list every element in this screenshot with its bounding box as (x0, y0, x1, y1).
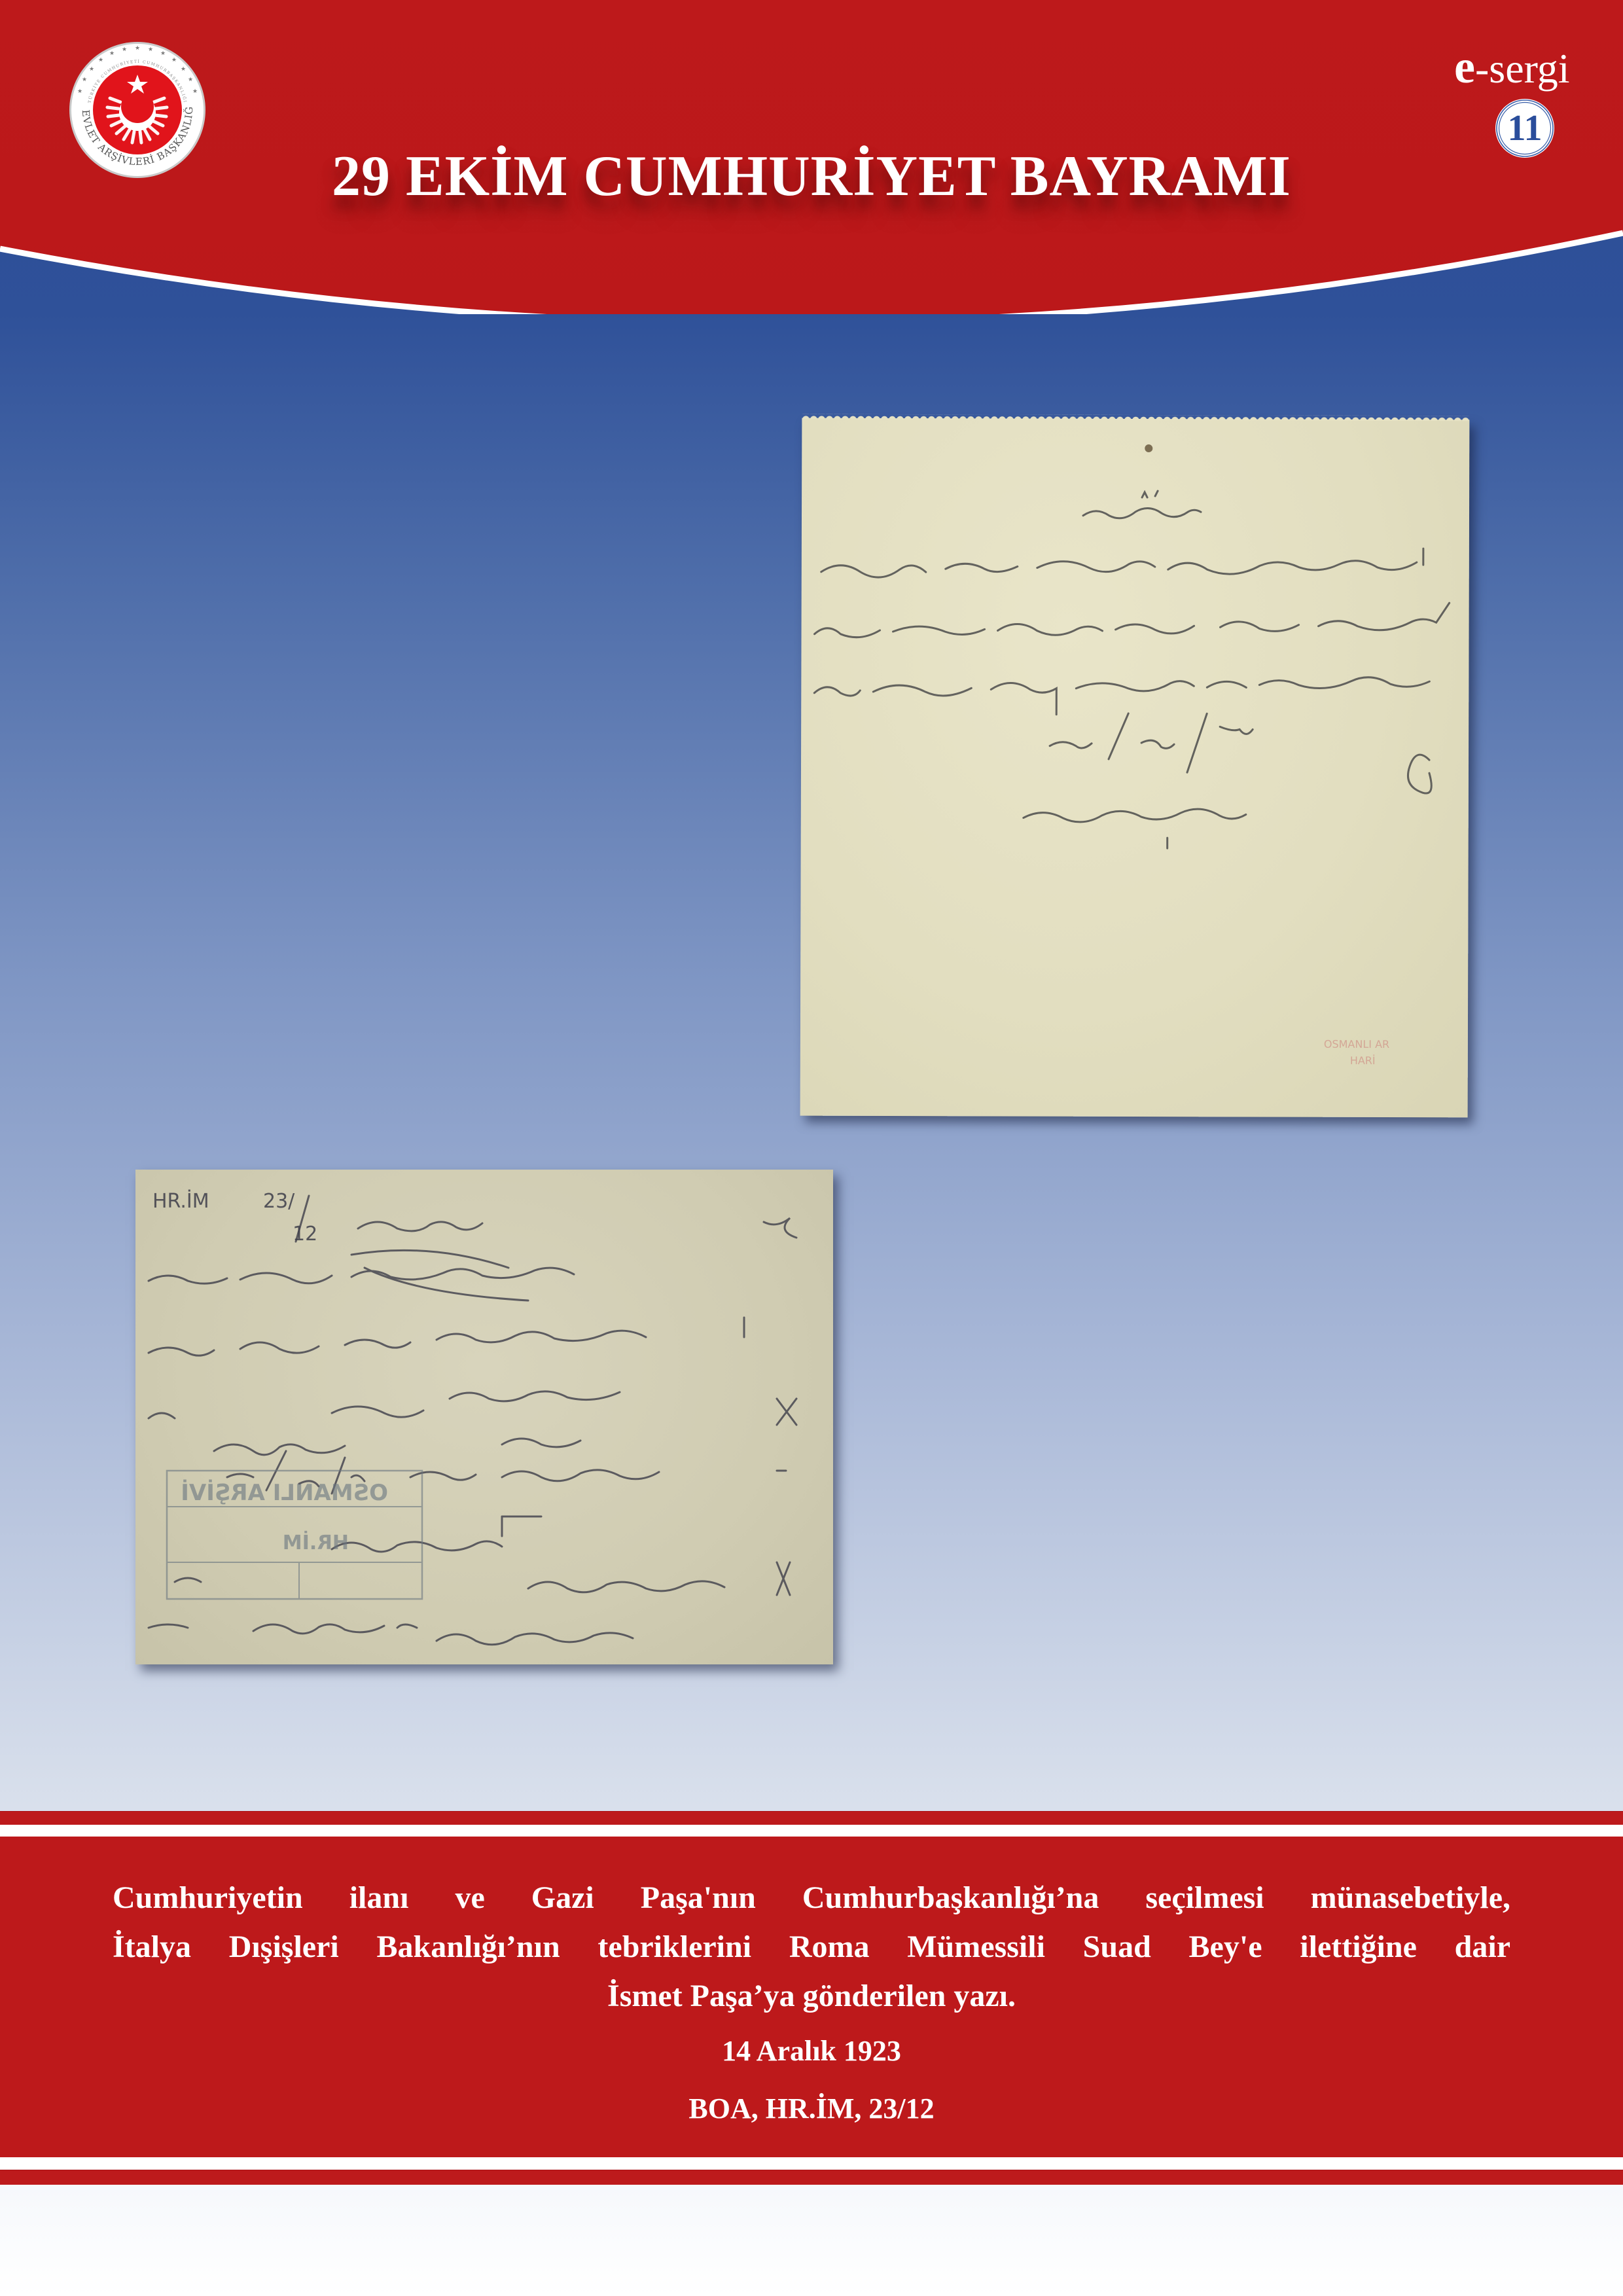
svg-text:HARİ: HARİ (1350, 1054, 1376, 1067)
esergi-label: e-sergi (1454, 43, 1585, 90)
footer-stripe-white-top (0, 1825, 1623, 1837)
svg-text:HR.İM: HR.İM (283, 1531, 349, 1554)
page-bottom-margin (0, 2185, 1623, 2296)
svg-text:23/: 23/ (263, 1190, 295, 1213)
page-title: 29 EKİM CUMHURİYET BAYRAMI (0, 148, 1623, 206)
svg-text:★: ★ (98, 57, 103, 63)
svg-text:★: ★ (192, 88, 198, 95)
caption-line-3: İsmet Paşa’ya gönderilen yazı. (113, 1971, 1510, 2020)
handwriting-ottoman-script-2: HR.İM 23/ 12 OSMANLI A (135, 1170, 833, 1664)
document-image-draft: HR.İM 23/ 12 OSMANLI A (135, 1170, 833, 1664)
svg-text:★: ★ (188, 77, 193, 83)
svg-text:★: ★ (109, 50, 115, 57)
svg-text:★: ★ (82, 77, 87, 83)
handwriting-ottoman-script-1: OSMANLI AR HARİ (800, 418, 1470, 1118)
svg-text:★: ★ (181, 66, 186, 73)
document-date: 14 Aralık 1923 (0, 2037, 1623, 2066)
esergi-rest: -sergi (1475, 45, 1570, 92)
archive-stamp: OSMANLI ARŞİVİ HR.İM (167, 1471, 422, 1599)
archive-reference: BOA, HR.İM, 23/12 (0, 2094, 1623, 2123)
svg-text:OSMANLI AR: OSMANLI AR (1324, 1038, 1389, 1050)
esergi-e: e (1454, 41, 1475, 93)
footer-stripe-white-bottom (0, 2157, 1623, 2170)
svg-text:★: ★ (77, 88, 82, 95)
svg-text:★: ★ (122, 46, 127, 53)
footer-stripe-bottom (0, 2170, 1623, 2185)
svg-text:OSMANLI ARŞİVİ: OSMANLI ARŞİVİ (181, 1479, 388, 1506)
footer-stripe-top (0, 1811, 1623, 1825)
svg-text:★: ★ (135, 45, 140, 52)
document-caption: Cumhuriyetin ilanı ve Gazi Paşa'nın Cumh… (113, 1873, 1510, 2020)
caption-line-1: Cumhuriyetin ilanı ve Gazi Paşa'nın Cumh… (113, 1873, 1510, 1922)
svg-text:★: ★ (171, 57, 177, 63)
svg-text:★: ★ (148, 46, 153, 53)
document-image-original: OSMANLI AR HARİ (800, 418, 1470, 1118)
svg-text:★: ★ (89, 66, 94, 73)
archive-annotation: HR.İM (152, 1189, 209, 1213)
svg-text:★: ★ (160, 50, 166, 57)
caption-line-2: İtalya Dışişleri Bakanlığı’nın tebrikler… (113, 1922, 1510, 1971)
